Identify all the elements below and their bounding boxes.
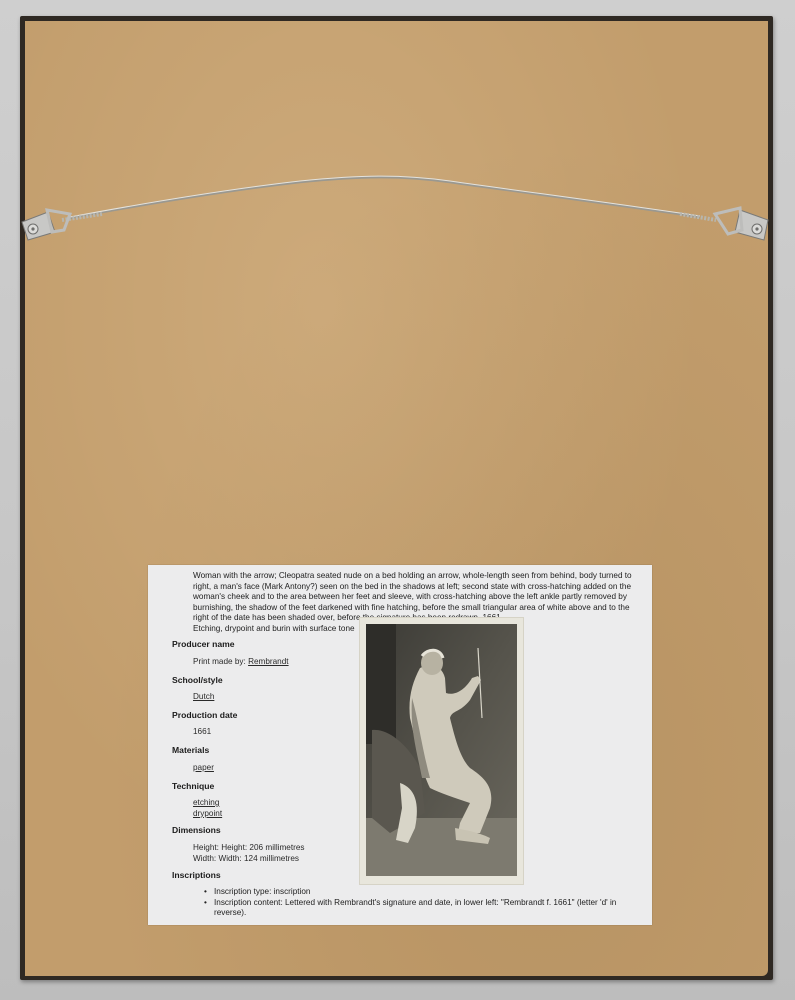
inscriptions-list: Inscription type: inscription Inscriptio… [202,887,642,919]
technique-values: etching drypoint [193,798,222,819]
inscription-content: Inscription content: Lettered with Rembr… [202,898,642,919]
technique-link-drypoint[interactable]: drypoint [193,809,222,820]
inscription-type: Inscription type: inscription [202,887,642,898]
school-link[interactable]: Dutch [193,692,214,701]
production-date-value: 1661 [193,727,211,738]
producer-link[interactable]: Rembrandt [248,657,289,666]
print-image [359,617,524,885]
technique-link-etching[interactable]: etching [193,798,222,809]
school-heading: School/style [172,675,223,686]
materials-link[interactable]: paper [193,763,214,772]
dimensions-heading: Dimensions [172,825,221,836]
producer-value: Print made by: Rembrandt [193,657,289,668]
dimension-height: Height: Height: 206 millimetres [193,843,305,854]
inscriptions-heading: Inscriptions [172,870,221,881]
producer-heading: Producer name [172,639,235,650]
dimension-width: Width: Width: 124 millimetres [193,854,305,865]
materials-value: paper [193,763,214,774]
school-value: Dutch [193,692,214,703]
materials-heading: Materials [172,745,209,756]
etching-woman-with-arrow [360,618,523,884]
d-ring-hanger-icon [715,208,768,240]
technique-heading: Technique [172,781,214,792]
wire-twist-right [680,214,716,220]
collection-label: Woman with the arrow; Cleopatra seated n… [148,565,652,925]
production-date-heading: Production date [172,710,237,721]
dimensions-values: Height: Height: 206 millimetres Width: W… [193,843,305,864]
d-ring-hanger-icon [22,210,70,240]
